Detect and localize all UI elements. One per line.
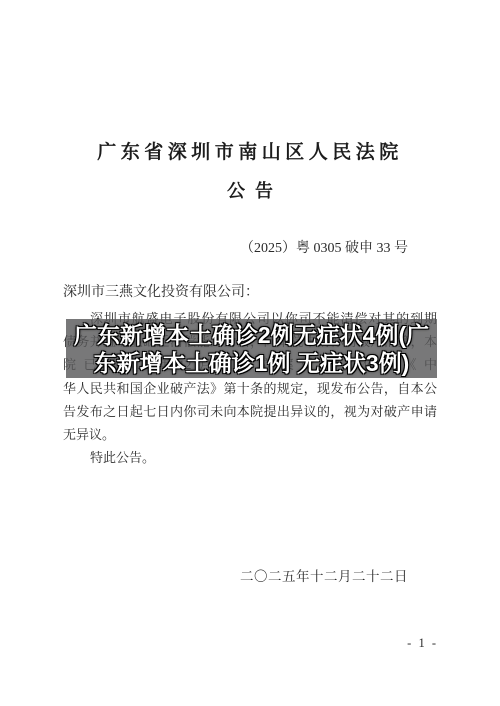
overlay-headline-line: 东新增本土确诊1例 无症状3例) (94, 349, 410, 377)
body-line: 无异议。 (63, 423, 437, 446)
news-overlay-banner: 广东新增本土确诊2例无症状4例(广 东新增本土确诊1例 无症状3例) (66, 319, 437, 378)
court-name-heading: 广东省深圳市南山区人民法院 (0, 137, 500, 164)
case-number: （2025）粤 0305 破申 33 号 (0, 237, 408, 257)
overlay-headline-line: 广东新增本土确诊2例无症状4例(广 (74, 321, 429, 349)
body-line: 华人民共和国企业破产法》第十条的规定，现发布公告，自本公 (63, 377, 437, 400)
page-number: - 1 - (407, 636, 438, 651)
court-announcement-page: 广东省深圳市南山区人民法院 公告 （2025）粤 0305 破申 33 号 深圳… (0, 0, 500, 706)
addressee-line: 深圳市三燕文化投资有限公司： (63, 281, 259, 301)
body-line: 告发布之日起七日内你司未向本院提出异议的，视为对破产申请 (63, 400, 437, 423)
document-title: 公告 (0, 177, 500, 203)
closing-line: 特此公告。 (63, 446, 437, 469)
document-date: 二〇二五年十二月二十二日 (0, 565, 408, 585)
